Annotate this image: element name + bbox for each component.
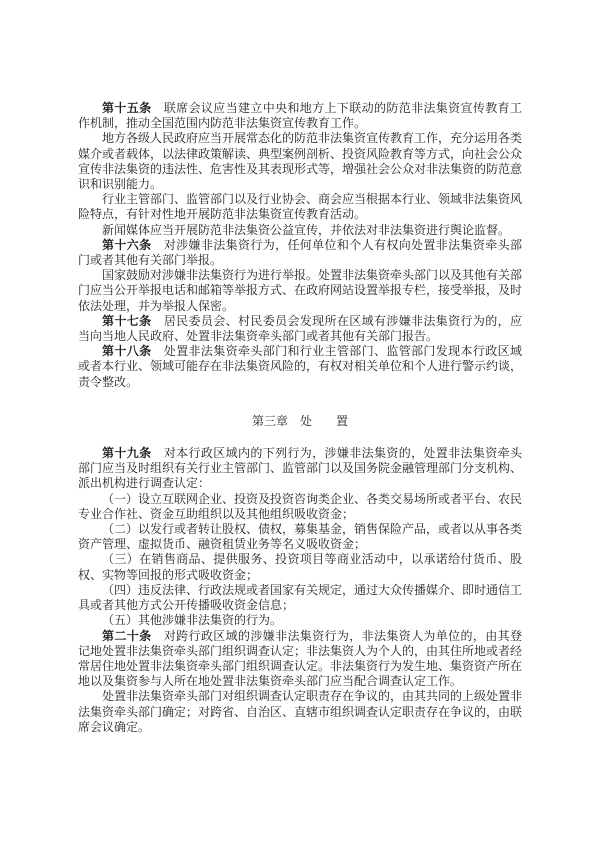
paragraph-text: （五）其他涉嫌非法集资的行为。 [102,613,282,627]
paragraph-text: 行业主管部门、监管部门以及行业协会、商会应当根据本行业、领域非法集资风险特点，有… [78,192,522,221]
paragraph-text: 新闻媒体应当开展防范非法集资公益宣传，并依法对非法集资进行舆论监督。 [102,223,510,237]
article-number: 第十七条 [102,314,151,328]
paragraph-text: 处置非法集资牵头部门对组织调查认定职责存在争议的，由其共同的上级处置非法集资牵头… [78,689,522,733]
list-item-4: （四）违反法律、行政法规或者国家有关规定，通过大众传播媒介、即时通信工具或者其他… [78,583,522,613]
article-number: 第十五条 [102,101,151,115]
article-17-paragraph: 第十七条 居民委员会、村民委员会发现所在区域有涉嫌非法集资行为的，应当向当地人民… [78,314,522,344]
article-18-paragraph: 第十八条 处置非法集资牵头部门和行业主管部门、监管部门发现本行政区域或者本行业、… [78,344,522,390]
article-16-paragraph: 第十六条 对涉嫌非法集资行为，任何单位和个人有权向处置非法集资牵头部门或者其他有… [78,238,522,268]
article-number: 第十六条 [102,238,151,252]
list-item-2: （二）以发行或者转让股权、债权，募集基金，销售保险产品，或者以从事各类资产管理、… [78,522,522,552]
article-15-paragraph: 第十五条 联席会议应当建立中央和地方上下联动的防范非法集资宣传教育工作机制，推动… [78,101,522,131]
list-item-5: （五）其他涉嫌非法集资的行为。 [78,613,522,628]
paragraph-text: （三）在销售商品、提供服务、投资项目等商业活动中，以承诺给付货币、股权、实物等回… [78,552,522,581]
paragraph-text: （一）设立互联网企业、投资及投资咨询类企业、各类交易场所或者平台、农民专业合作社… [78,492,522,521]
paragraph: 新闻媒体应当开展防范非法集资公益宣传，并依法对非法集资进行舆论监督。 [78,223,522,238]
paragraph-text: 地方各级人民政府应当开展常态化的防范非法集资宣传教育工作，充分运用各类媒介或者载… [78,131,522,191]
article-number: 第十八条 [102,344,151,358]
paragraph-text: （二）以发行或者转让股权、债权，募集基金，销售保险产品，或者以从事各类资产管理、… [78,522,522,551]
chapter-heading: 第三章 处 置 [78,414,522,429]
paragraph: 地方各级人民政府应当开展常态化的防范非法集资宣传教育工作，充分运用各类媒介或者载… [78,131,522,192]
article-number: 第十九条 [102,446,151,460]
list-item-3: （三）在销售商品、提供服务、投资项目等商业活动中，以承诺给付货币、股权、实物等回… [78,552,522,582]
article-19-paragraph: 第十九条 对本行政区域内的下列行为，涉嫌非法集资的，处置非法集资牵头部门应当及时… [78,446,522,492]
paragraph-text: 国家鼓励对涉嫌非法集资行为进行举报。处置非法集资牵头部门以及其他有关部门应当公开… [78,268,522,312]
document-page: 第十五条 联席会议应当建立中央和地方上下联动的防范非法集资宣传教育工作机制，推动… [0,0,600,848]
list-item-1: （一）设立互联网企业、投资及投资咨询类企业、各类交易场所或者平台、农民专业合作社… [78,492,522,522]
paragraph: 处置非法集资牵头部门对组织调查认定职责存在争议的，由其共同的上级处置非法集资牵头… [78,689,522,735]
paragraph-text: （四）违反法律、行政法规或者国家有关规定，通过大众传播媒介、即时通信工具或者其他… [78,583,522,612]
text-block: 第十五条 联席会议应当建立中央和地方上下联动的防范非法集资宣传教育工作机制，推动… [78,101,522,735]
article-number: 第二十条 [102,629,151,643]
paragraph: 国家鼓励对涉嫌非法集资行为进行举报。处置非法集资牵头部门以及其他有关部门应当公开… [78,268,522,314]
article-20-paragraph: 第二十条 对跨行政区域的涉嫌非法集资行为，非法集资人为单位的，由其登记地处置非法… [78,629,522,690]
paragraph: 行业主管部门、监管部门以及行业协会、商会应当根据本行业、领域非法集资风险特点，有… [78,192,522,222]
